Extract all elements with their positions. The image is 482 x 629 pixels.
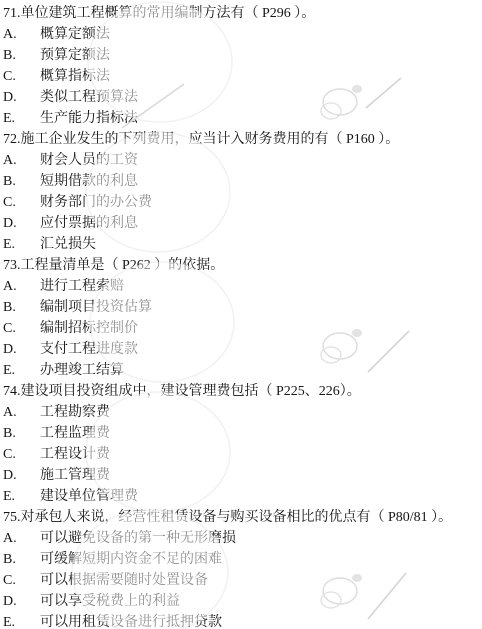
- option-text: 编制招标控制价: [40, 321, 138, 336]
- option-label: E.: [3, 360, 40, 381]
- option-text: 汇兑损失: [40, 237, 96, 252]
- option-row: C.编制招标控制价: [3, 318, 482, 339]
- option-label: C.: [3, 66, 40, 87]
- option-row: B.可缓解短期内资金不足的困难: [3, 549, 482, 570]
- option-label: A.: [3, 24, 40, 45]
- option-label: E.: [3, 108, 40, 129]
- option-label: A.: [3, 528, 40, 549]
- question-75: 75.对承包人来说，经营性租赁设备与购买设备相比的优点有（ P80/81 ）。 …: [3, 507, 482, 629]
- option-label: B.: [3, 171, 40, 192]
- option-label: C.: [3, 570, 40, 591]
- option-text: 可以避免设备的第一种无形磨损: [40, 531, 236, 546]
- option-text: 支付工程进度款: [40, 342, 138, 357]
- option-label: C.: [3, 444, 40, 465]
- option-row: A.进行工程索赔: [3, 276, 482, 297]
- question-stem: 73.工程量清单是（ P262 ）的依据。: [3, 255, 482, 276]
- option-label: A.: [3, 150, 40, 171]
- option-text: 工程勘察费: [40, 405, 110, 420]
- option-row: E.汇兑损失: [3, 234, 482, 255]
- option-label: D.: [3, 591, 40, 612]
- question-74: 74.建设项目投资组成中，建设管理费包括（ P225、226）。 A.工程勘察费…: [3, 381, 482, 507]
- question-text: 施工企业发生的下列费用，应当计入财务费用的有（ P160 ）。: [21, 132, 400, 147]
- option-label: D.: [3, 465, 40, 486]
- option-text: 概算指标法: [40, 69, 110, 84]
- option-row: E.生产能力指标法: [3, 108, 482, 129]
- option-text: 财务部门的办公费: [40, 195, 152, 210]
- option-label: C.: [3, 318, 40, 339]
- option-text: 概算定额法: [40, 27, 110, 42]
- option-text: 可以用租赁设备进行抵押贷款: [40, 615, 222, 629]
- option-label: B.: [3, 297, 40, 318]
- question-stem: 72.施工企业发生的下列费用，应当计入财务费用的有（ P160 ）。: [3, 129, 482, 150]
- option-row: D.类似工程预算法: [3, 87, 482, 108]
- question-number: 75.: [3, 510, 21, 525]
- question-number: 72.: [3, 132, 21, 147]
- option-text: 可缓解短期内资金不足的困难: [40, 552, 222, 567]
- question-number: 73.: [3, 258, 21, 273]
- option-row: C.可以根据需要随时处置设备: [3, 570, 482, 591]
- option-row: C.工程设计费: [3, 444, 482, 465]
- option-text: 工程设计费: [40, 447, 110, 462]
- question-text: 单位建筑工程概算的常用编制方法有（ P296 ）。: [21, 6, 316, 21]
- option-label: B.: [3, 549, 40, 570]
- option-row: B.预算定额法: [3, 45, 482, 66]
- option-row: E.办理竣工结算: [3, 360, 482, 381]
- option-text: 办理竣工结算: [40, 363, 124, 378]
- question-73: 73.工程量清单是（ P262 ）的依据。 A.进行工程索赔 B.编制项目投资估…: [3, 255, 482, 381]
- question-number: 74.: [3, 384, 21, 399]
- option-label: A.: [3, 276, 40, 297]
- option-text: 类似工程预算法: [40, 90, 138, 105]
- question-72: 72.施工企业发生的下列费用，应当计入财务费用的有（ P160 ）。 A.财会人…: [3, 129, 482, 255]
- option-label: C.: [3, 192, 40, 213]
- option-text: 可以享受税费上的利益: [40, 594, 180, 609]
- option-row: A.概算定额法: [3, 24, 482, 45]
- option-text: 应付票据的利息: [40, 216, 138, 231]
- option-text: 预算定额法: [40, 48, 110, 63]
- option-row: D.可以享受税费上的利益: [3, 591, 482, 612]
- question-stem: 71.单位建筑工程概算的常用编制方法有（ P296 ）。: [3, 3, 482, 24]
- option-text: 建设单位管理费: [40, 489, 138, 504]
- option-text: 进行工程索赔: [40, 279, 124, 294]
- question-text: 建设项目投资组成中，建设管理费包括（ P225、226）。: [21, 384, 361, 399]
- option-label: B.: [3, 423, 40, 444]
- option-row: C.概算指标法: [3, 66, 482, 87]
- option-row: E.可以用租赁设备进行抵押贷款: [3, 612, 482, 629]
- option-row: B.工程监理费: [3, 423, 482, 444]
- option-text: 可以根据需要随时处置设备: [40, 573, 208, 588]
- question-text: 对承包人来说，经营性租赁设备与购买设备相比的优点有（ P80/81 ）。: [21, 510, 453, 525]
- question-number: 71.: [3, 6, 21, 21]
- option-row: D.应付票据的利息: [3, 213, 482, 234]
- option-label: D.: [3, 339, 40, 360]
- option-row: B.编制项目投资估算: [3, 297, 482, 318]
- exam-questions-page: 71.单位建筑工程概算的常用编制方法有（ P296 ）。 A.概算定额法 B.预…: [0, 0, 482, 629]
- option-row: B.短期借款的利息: [3, 171, 482, 192]
- option-row: A.可以避免设备的第一种无形磨损: [3, 528, 482, 549]
- option-row: E.建设单位管理费: [3, 486, 482, 507]
- option-label: E.: [3, 612, 40, 629]
- question-text: 工程量清单是（ P262 ）的依据。: [21, 258, 225, 273]
- option-text: 工程监理费: [40, 426, 110, 441]
- option-row: A.工程勘察费: [3, 402, 482, 423]
- option-label: E.: [3, 486, 40, 507]
- option-label: D.: [3, 87, 40, 108]
- option-text: 财会人员的工资: [40, 153, 138, 168]
- option-label: E.: [3, 234, 40, 255]
- option-row: C.财务部门的办公费: [3, 192, 482, 213]
- option-text: 编制项目投资估算: [40, 300, 152, 315]
- question-stem: 75.对承包人来说，经营性租赁设备与购买设备相比的优点有（ P80/81 ）。: [3, 507, 482, 528]
- question-stem: 74.建设项目投资组成中，建设管理费包括（ P225、226）。: [3, 381, 482, 402]
- option-row: D.支付工程进度款: [3, 339, 482, 360]
- option-label: D.: [3, 213, 40, 234]
- question-71: 71.单位建筑工程概算的常用编制方法有（ P296 ）。 A.概算定额法 B.预…: [3, 3, 482, 129]
- option-text: 短期借款的利息: [40, 174, 138, 189]
- option-label: B.: [3, 45, 40, 66]
- option-label: A.: [3, 402, 40, 423]
- option-row: D.施工管理费: [3, 465, 482, 486]
- option-text: 施工管理费: [40, 468, 110, 483]
- option-text: 生产能力指标法: [40, 111, 138, 126]
- option-row: A.财会人员的工资: [3, 150, 482, 171]
